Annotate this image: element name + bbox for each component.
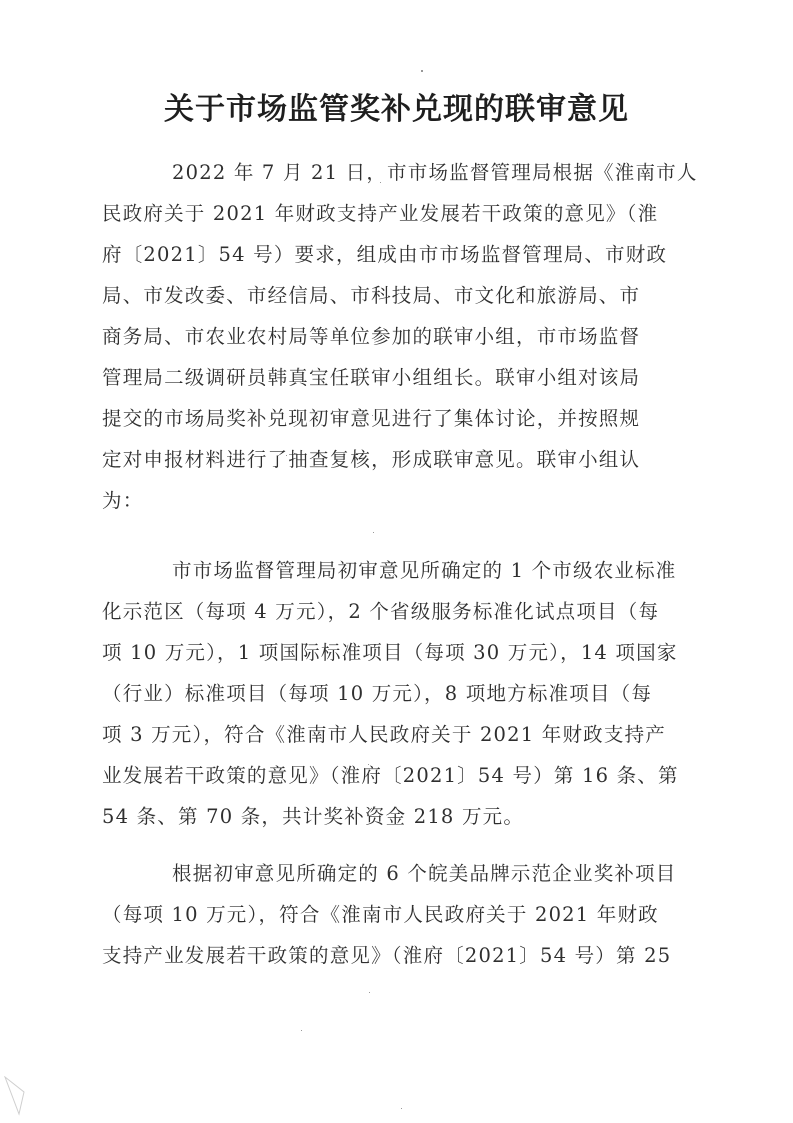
scan-speck <box>372 415 373 416</box>
scan-corner-fold-icon <box>4 1076 26 1116</box>
text-line: 民政府关于 2021 年财政支持产业发展若干政策的意见》（淮 <box>102 193 698 234</box>
paragraph-2: 市市场监督管理局初审意见所确定的 1 个市级农业标准 化示范区（每项 4 万元）… <box>102 550 698 837</box>
paragraph-1: 2022 年 7 月 21 日，市市场监督管理局根据《淮南市人 民政府关于 20… <box>102 152 698 521</box>
text-line: 根据初审意见所确定的 6 个皖美品牌示范企业奖补项目 <box>102 853 698 894</box>
text-line: 局、市发改委、市经信局、市科技局、市文化和旅游局、市 <box>102 275 698 316</box>
scan-speck <box>401 1108 402 1109</box>
scan-speck <box>369 992 370 993</box>
text-line: 业发展若干政策的意见》（淮府〔2021〕54 号）第 16 条、第 <box>102 755 698 796</box>
scan-speck <box>380 182 381 183</box>
scan-speck <box>373 532 374 533</box>
text-line: 项 10 万元），1 项国际标准项目（每项 30 万元），14 项国家 <box>102 632 698 673</box>
text-line: 市市场监督管理局初审意见所确定的 1 个市级农业标准 <box>102 550 698 591</box>
text-line: 为： <box>102 480 698 521</box>
text-line: （每项 10 万元），符合《淮南市人民政府关于 2021 年财政 <box>102 894 698 935</box>
text-line: 54 条、第 70 条，共计奖补资金 218 万元。 <box>102 796 698 837</box>
document-page: 关于市场监管奖补兑现的联审意见 2022 年 7 月 21 日，市市场监督管理局… <box>0 0 793 1123</box>
text-line: 定对申报材料进行了抽查复核，形成联审意见。联审小组认 <box>102 439 698 480</box>
text-line: 支持产业发展若干政策的意见》（淮府〔2021〕54 号）第 25 <box>102 935 698 976</box>
text-line: （行业）标准项目（每项 10 万元），8 项地方标准项目（每 <box>102 673 698 714</box>
text-line: 管理局二级调研员韩真宝任联审小组组长。联审小组对该局 <box>102 357 698 398</box>
scan-speck <box>286 455 287 456</box>
text-line: 商务局、市农业农村局等单位参加的联审小组，市市场监督 <box>102 316 698 357</box>
text-line: 提交的市场局奖补兑现初审意见进行了集体讨论，并按照规 <box>102 398 698 439</box>
scan-speck <box>421 70 423 72</box>
document-title: 关于市场监管奖补兑现的联审意见 <box>0 84 793 128</box>
text-line: 府〔2021〕54 号）要求，组成由市市场监督管理局、市财政 <box>102 234 698 275</box>
paragraph-3: 根据初审意见所确定的 6 个皖美品牌示范企业奖补项目 （每项 10 万元），符合… <box>102 853 698 976</box>
text-line: 2022 年 7 月 21 日，市市场监督管理局根据《淮南市人 <box>102 152 698 193</box>
text-line: 化示范区（每项 4 万元），2 个省级服务标准化试点项目（每 <box>102 591 698 632</box>
scan-speck <box>301 1030 302 1031</box>
text-line: 项 3 万元），符合《淮南市人民政府关于 2021 年财政支持产 <box>102 714 698 755</box>
scan-speck <box>368 764 369 765</box>
